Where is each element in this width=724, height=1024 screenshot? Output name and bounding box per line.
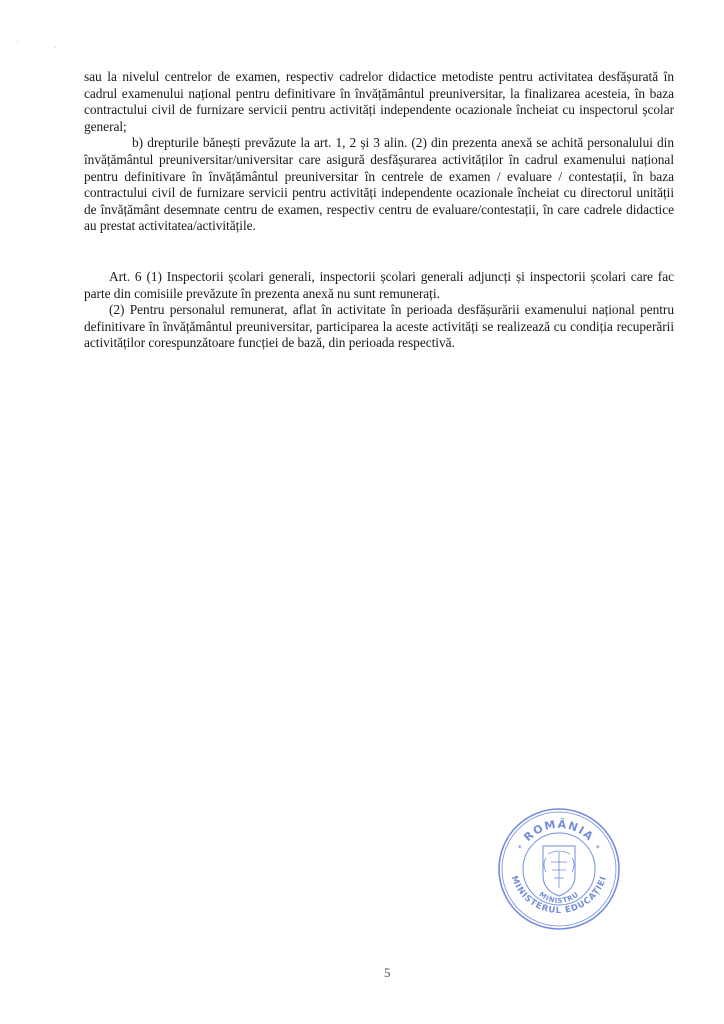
svg-text:MINISTRU: MINISTRU <box>538 890 581 905</box>
section-a-b: sau la nivelul centrelor de examen, resp… <box>84 69 674 235</box>
page-number: 5 <box>384 965 391 981</box>
article-6-paragraph-2: (2) Pentru personalul remunerat, aflat î… <box>84 302 674 352</box>
scan-artifact: ' <box>17 40 19 49</box>
article-6: Art. 6 (1) Inspectorii școlari generali,… <box>84 269 674 352</box>
paragraph-a-continuation: sau la nivelul centrelor de examen, resp… <box>84 69 674 135</box>
svg-text:*: * <box>518 844 522 852</box>
scan-artifact: , <box>54 40 56 49</box>
document-page: ' , sau la nivelul centrelor de examen, … <box>0 0 724 1024</box>
svg-text:ROMÂNIA: ROMÂNIA <box>521 818 596 844</box>
paragraph-b: b) drepturile bănești prevăzute la art. … <box>84 135 674 235</box>
ministry-stamp-icon: ROMÂNIA MINISTERUL EDUCAȚIEI MINISTRU * … <box>496 806 622 932</box>
article-6-paragraph-1: Art. 6 (1) Inspectorii școlari generali,… <box>84 269 674 302</box>
svg-text:*: * <box>596 844 600 852</box>
